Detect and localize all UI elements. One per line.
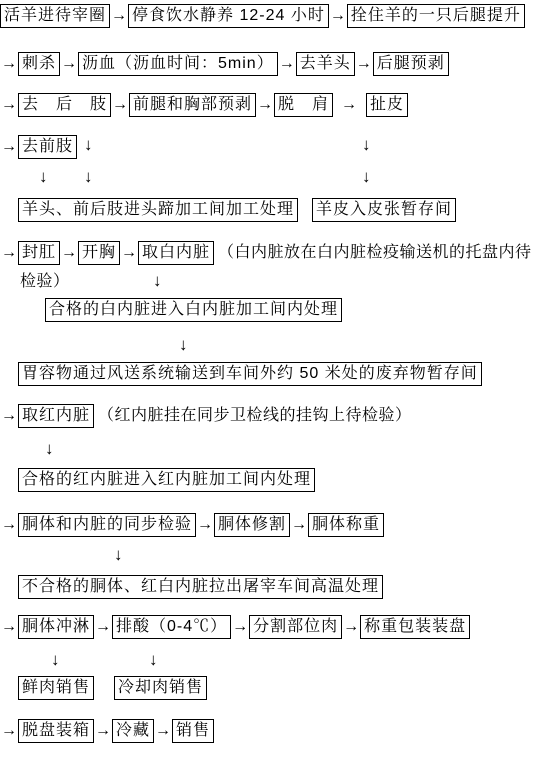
right-arrow-icon: →: [356, 55, 372, 73]
right-arrow-icon: →: [1, 618, 17, 636]
step-skin-pulling: 扯皮: [366, 93, 408, 117]
down-arrow-icon: ↓: [45, 440, 54, 457]
down-arrow-icon: ↓: [51, 651, 60, 668]
right-arrow-icon: →: [1, 722, 17, 740]
right-arrow-icon: →: [197, 516, 213, 534]
flow-row-9: 合格的白内脏进入白内脏加工间内处理: [45, 298, 342, 322]
flow-row-21: → 脱盘装箱 → 冷藏 → 销售: [0, 719, 214, 743]
step-remove-fore-feet: 去前肢: [18, 135, 77, 159]
right-arrow-icon: →: [1, 138, 17, 156]
right-arrow-icon: →: [291, 516, 307, 534]
right-arrow-icon: →: [1, 96, 17, 114]
step-weighing-packing-tray: 称重包装装盘: [360, 615, 470, 639]
step-fasting-rest-12-24h: 停食饮水静养 12-24 小时: [128, 4, 329, 28]
right-arrow-icon: →: [257, 96, 273, 114]
down-arrow-icon: ↓: [153, 272, 162, 289]
step-qualified-red-viscera-processing: 合格的红内脏进入红内脏加工间内处理: [18, 468, 315, 492]
step-open-chest: 开胸: [78, 241, 120, 265]
step-shoulder-pulling: 脱 肩: [274, 93, 333, 117]
flow-row-12: → 取红内脏 （红内脏挂在同步卫检线的挂钩上待检验）: [0, 404, 412, 428]
flow-row-17: 不合格的胴体、红白内脏拉出屠宰车间高温处理: [18, 575, 383, 599]
step-hoist-one-hind-leg: 拴住羊的一只后腿提升: [347, 4, 525, 28]
step-synchronous-inspection: 胴体和内脏的同步检验: [18, 513, 196, 537]
step-stomach-contents-pneumatic-transport: 胃容物通过风送系统输送到车间外约 50 米处的废弃物暂存间: [18, 362, 482, 386]
step-cutting-parts: 分割部位肉: [249, 615, 342, 639]
step-sale: 销售: [172, 719, 214, 743]
down-arrow-icon: ↓: [114, 546, 123, 563]
right-arrow-icon: →: [95, 722, 111, 740]
flow-row-15: → 胴体和内脏的同步检验 → 胴体修割 → 胴体称重: [0, 513, 384, 537]
step-cold-storage: 冷藏: [112, 719, 154, 743]
flow-row-4: → 去前肢: [0, 135, 77, 159]
step-carcass-trimming: 胴体修割: [214, 513, 290, 537]
step-live-sheep-into-lairage: 活羊进待宰圈: [0, 4, 110, 28]
right-arrow-icon: →: [343, 618, 359, 636]
right-arrow-icon: →: [112, 96, 128, 114]
flow-row-18: → 胴体冲淋 → 排酸（0-4℃） → 分割部位肉 → 称重包装装盘: [0, 615, 470, 639]
right-arrow-icon: →: [232, 618, 248, 636]
step-fresh-meat-sale: 鲜肉销售: [18, 676, 94, 700]
right-arrow-icon: →: [61, 244, 77, 262]
step-sheepskin-storage-room: 羊皮入皮张暂存间: [312, 198, 456, 222]
right-arrow-icon: →: [341, 96, 357, 114]
down-arrow-icon: ↓: [39, 168, 48, 185]
step-detray-boxing: 脱盘装箱: [18, 719, 94, 743]
step-hind-leg-preskinning: 后腿预剥: [373, 52, 449, 76]
down-arrow-icon: ↓: [84, 136, 93, 153]
step-carcass-washing: 胴体冲淋: [18, 615, 94, 639]
step-seal-anus: 封肛: [18, 241, 60, 265]
slaughter-process-flowchart: 活羊进待宰圈 → 停食饮水静养 12-24 小时 → 拴住羊的一只后腿提升 → …: [0, 0, 553, 765]
flow-row-2: → 刺杀 → 沥血（沥血时间：5min） → 去羊头 → 后腿预剥: [0, 52, 449, 76]
step-remove-white-viscera: 取白内脏: [138, 241, 214, 265]
step-bleeding-5min: 沥血（沥血时间：5min）: [78, 52, 278, 76]
right-arrow-icon: →: [121, 244, 137, 262]
step-remove-red-viscera: 取红内脏: [18, 404, 94, 428]
flow-row-11: 胃容物通过风送系统输送到车间外约 50 米处的废弃物暂存间: [18, 362, 482, 386]
step-qualified-white-viscera-processing: 合格的白内脏进入白内脏加工间内处理: [45, 298, 342, 322]
right-arrow-icon: →: [1, 407, 17, 425]
flow-row-14: 合格的红内脏进入红内脏加工间内处理: [18, 468, 315, 492]
flow-row-7: → 封肛 → 开胸 → 取白内脏 （白内脏放在白内脏检疫输送机的托盘内待: [0, 241, 532, 265]
down-arrow-icon: ↓: [84, 168, 93, 185]
right-arrow-icon: →: [155, 722, 171, 740]
flow-row-8: 检验）: [20, 272, 70, 292]
note-red-viscera-hook: （红内脏挂在同步卫检线的挂钩上待检验）: [98, 406, 412, 426]
right-arrow-icon: →: [330, 7, 346, 25]
flow-row-6: 羊头、前后肢进头蹄加工间加工处理 羊皮入皮张暂存间: [18, 198, 456, 222]
step-unqualified-high-temp-treatment: 不合格的胴体、红白内脏拉出屠宰车间高温处理: [18, 575, 383, 599]
down-arrow-icon: ↓: [179, 336, 188, 353]
step-remove-sheep-head: 去羊头: [296, 52, 355, 76]
step-sticking: 刺杀: [18, 52, 60, 76]
right-arrow-icon: →: [1, 55, 17, 73]
right-arrow-icon: →: [1, 244, 17, 262]
down-arrow-icon: ↓: [149, 651, 158, 668]
down-arrow-icon: ↓: [362, 168, 371, 185]
step-remove-hind-feet: 去 后 肢: [18, 93, 111, 117]
right-arrow-icon: →: [111, 7, 127, 25]
step-head-feet-processing-room: 羊头、前后肢进头蹄加工间加工处理: [18, 198, 298, 222]
step-carcass-weighing: 胴体称重: [308, 513, 384, 537]
note-white-viscera-tray: （白内脏放在白内脏检疫输送机的托盘内待: [218, 243, 532, 263]
step-foreleg-chest-preskinning: 前腿和胸部预剥: [129, 93, 256, 117]
flow-row-20: 鲜肉销售 冷却肉销售: [18, 676, 207, 700]
down-arrow-icon: ↓: [362, 136, 371, 153]
note-white-viscera-tray-cont: 检验）: [20, 272, 70, 292]
right-arrow-icon: →: [1, 516, 17, 534]
flow-row-1: 活羊进待宰圈 → 停食饮水静养 12-24 小时 → 拴住羊的一只后腿提升: [0, 4, 525, 28]
right-arrow-icon: →: [95, 618, 111, 636]
step-chilled-meat-sale: 冷却肉销售: [114, 676, 207, 700]
right-arrow-icon: →: [61, 55, 77, 73]
flow-row-3: → 去 后 肢 → 前腿和胸部预剥 → 脱 肩 → 扯皮: [0, 93, 408, 117]
step-chilling-0-4c: 排酸（0-4℃）: [112, 615, 231, 639]
right-arrow-icon: →: [279, 55, 295, 73]
